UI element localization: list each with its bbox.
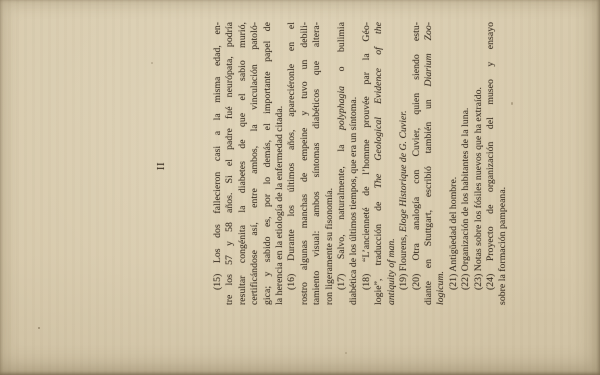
footnote-line: gica; y sabido es, por lo demás, el impo… [262, 22, 274, 305]
footnote-line: la herencia en la etiología de la enferm… [274, 22, 286, 305]
footnote-line: (16) Durante los últimos años, apareciér… [286, 22, 298, 305]
footnote-text: sobre la formación pampeana. [497, 187, 508, 305]
footnote-line: tamiento visual: ambos síntomas diabétic… [311, 22, 323, 305]
footnote-line: (24) Proyecto de organización del museo … [485, 22, 497, 305]
footnote-text: diante en Stuttgart, escribió también un [423, 86, 434, 305]
footnote-text-italic: antiquity of man. [386, 238, 397, 305]
footnote-text-italic: Diarium Zoo- [423, 22, 434, 86]
footnote-text: (22) Organización de los habitantes de l… [460, 108, 471, 290]
footnote-text: logie”, traducción de [373, 188, 384, 305]
footnote-text: o bulimia [336, 22, 347, 86]
footnote-text: rostro algunas manchas de empeine y tuvo… [299, 22, 310, 305]
footnote-line: (22) Organización de los habitantes de l… [460, 22, 472, 305]
footnote-line: diante en Stuttgart, escribió también un… [423, 22, 435, 305]
book-page-rotated: II (15) Los dos fallecieron casi a la mi… [0, 0, 600, 375]
footnote-line: (20) Otra analogía con Cuvier, quien sie… [411, 22, 423, 305]
footnote-line: rostro algunas manchas de empeine y tuvo… [299, 22, 311, 305]
footnote-line: (19) Flourens, Eloge Historique de G. Cu… [398, 22, 410, 305]
scanned-book-page: II (15) Los dos fallecieron casi a la mi… [0, 0, 600, 375]
footnote-text: (24) Proyecto de organización del museo … [485, 22, 496, 290]
footnote-line: (15) Los dos fallecieron casi a la misma… [212, 22, 224, 305]
footnote-text: (21) Antigüedad del hombre. [448, 177, 459, 290]
footnote-text: ron ligeramente su fisonomía. [324, 188, 335, 305]
page-number: II [156, 0, 167, 375]
footnote-text: tamiento visual: ambos síntomas diabétic… [311, 22, 322, 305]
footnote-text: certificándose así, entre ambos, la vinc… [249, 22, 260, 305]
footnote-text-italic: polyphagia [336, 86, 347, 130]
footnote-line: tre los 57 y 58 años. Si el padre fué ne… [224, 22, 236, 305]
footnote-text: resultar congénita la diabetes de que el… [237, 22, 248, 305]
footnote-text: (18) “L’ancienneté de l’homme prouvée pa… [361, 22, 372, 290]
footnote-text: (19) Flourens, [398, 232, 409, 290]
footnote-text: (15) Los dos fallecieron casi a la misma… [212, 22, 223, 290]
footnote-line: ron ligeramente su fisonomía. [324, 22, 336, 305]
footnote-text: tre los 57 y 58 años. Si el padre fué ne… [224, 22, 235, 305]
footnote-text: diabética de los últimos tiempos, que er… [348, 97, 359, 305]
footnote-line: certificándose así, entre ambos, la vinc… [249, 22, 261, 305]
footnote-line: sobre la formación pampeana. [497, 22, 509, 305]
footnote-line: logie”, traducción de The Geological Evi… [373, 22, 385, 305]
footnote-line: (21) Antigüedad del hombre. [448, 22, 460, 305]
footnotes-block: (15) Los dos fallecieron casi a la misma… [212, 22, 510, 305]
footnote-line: (23) Notas sobre los fósiles nuevos que … [473, 22, 485, 305]
footnote-text: (17) Salvo, naturalmente, la [336, 130, 347, 290]
footnote-text: (16) Durante los últimos años, apareciér… [286, 22, 297, 290]
footnote-line: (18) “L’ancienneté de l’homme prouvée pa… [361, 22, 373, 305]
footnote-line: logicum. [435, 22, 447, 305]
footnote-line: antiquity of man. [386, 22, 398, 305]
footnote-text: (23) Notas sobre los fósiles nuevos que … [473, 87, 484, 290]
footnote-text-italic: logicum. [435, 271, 446, 305]
footnote-text-italic: The Geological Evidence of the [373, 22, 384, 188]
footnote-line: diabética de los últimos tiempos, que er… [348, 22, 360, 305]
footnote-line: resultar congénita la diabetes de que el… [237, 22, 249, 305]
footnote-text: (20) Otra analogía con Cuvier, quien sie… [411, 22, 422, 290]
footnote-text: la herencia en la etiología de la enferm… [274, 106, 285, 305]
footnote-text-italic: Eloge Historique de G. Cuvier. [398, 110, 409, 232]
footnote-text: gica; y sabido es, por lo demás, el impo… [262, 22, 273, 305]
footnote-line: (17) Salvo, naturalmente, la polyphagia … [336, 22, 348, 305]
